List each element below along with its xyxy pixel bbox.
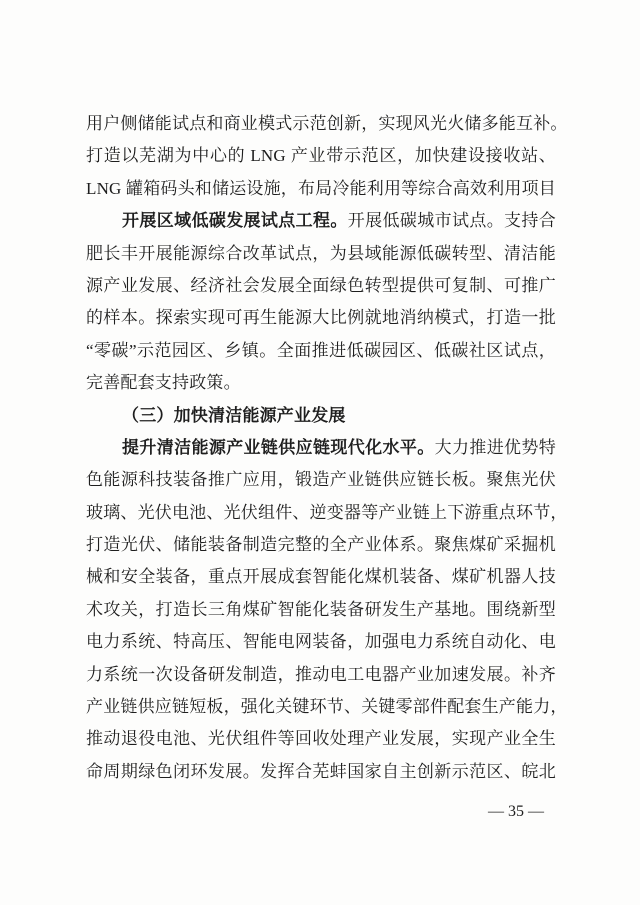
- text-line: 术攻关，打造长三角煤矿智能化装备研发生产基地。围绕新型: [86, 594, 556, 626]
- text-run: 开展低碳城市试点。支持合: [348, 211, 556, 230]
- document-body: 用户侧储能试点和商业模式示范创新，实现风光火储多能互补。 打造以芜湖为中心的 L…: [86, 108, 556, 788]
- text-line: 用户侧储能试点和商业模式示范创新，实现风光火储多能互补。: [86, 108, 556, 140]
- page-number: — 35 —: [488, 803, 544, 820]
- paragraph-lead-bold: 提升清洁能源产业链供应链现代化水平。: [122, 438, 435, 457]
- section-heading: （三）加快清洁能源产业发展: [86, 400, 556, 432]
- page-footer: — 35 —: [86, 800, 556, 824]
- paragraph-lead-bold: 开展区域低碳发展试点工程。: [122, 211, 348, 230]
- paragraph-last-line: 完善配套支持政策。: [86, 367, 556, 399]
- text-line: 源产业发展、经济社会发展全面绿色转型提供可复制、可推广: [86, 270, 556, 302]
- text-line: 的样本。探索实现可再生能源大比例就地消纳模式，打造一批: [86, 302, 556, 334]
- text-run: 大力推进优势特: [435, 438, 556, 457]
- text-line: LNG 罐箱码头和储运设施，布局冷能利用等综合高效利用项目。: [86, 173, 556, 205]
- text-line: 推动退役电池、光伏组件等回收处理产业发展，实现产业全生: [86, 723, 556, 755]
- text-line: 命周期绿色闭环发展。发挥合芜蚌国家自主创新示范区、皖北: [86, 756, 556, 788]
- text-line: 力系统一次设备研发制造，推动电工电器产业加速发展。补齐: [86, 659, 556, 691]
- text-line: 色能源科技装备推广应用，锻造产业链供应链长板。聚焦光伏: [86, 464, 556, 496]
- document-page: 用户侧储能试点和商业模式示范创新，实现风光火储多能互补。 打造以芜湖为中心的 L…: [0, 0, 640, 905]
- text-line: 打造光伏、储能装备制造完整的全产业体系。聚焦煤矿采掘机: [86, 529, 556, 561]
- text-line: 产业链供应链短板，强化关键环节、关键零部件配套生产能力，: [86, 691, 556, 723]
- text-line: 肥长丰开展能源综合改革试点，为县域能源低碳转型、清洁能: [86, 238, 556, 270]
- paragraph-first-line: 提升清洁能源产业链供应链现代化水平。大力推进优势特: [86, 432, 556, 464]
- paragraph-first-line: 开展区域低碳发展试点工程。开展低碳城市试点。支持合: [86, 205, 556, 237]
- text-line: 电力系统、特高压、智能电网装备，加强电力系统自动化、电: [86, 626, 556, 658]
- text-line: 打造以芜湖为中心的 LNG 产业带示范区，加快建设接收站、: [86, 140, 556, 172]
- text-line: 械和安全装备，重点开展成套智能化煤机装备、煤矿机器人技: [86, 561, 556, 593]
- text-line: “零碳”示范园区、乡镇。全面推进低碳园区、低碳社区试点，: [86, 335, 556, 367]
- text-line: 玻璃、光伏电池、光伏组件、逆变器等产业链上下游重点环节，: [86, 497, 556, 529]
